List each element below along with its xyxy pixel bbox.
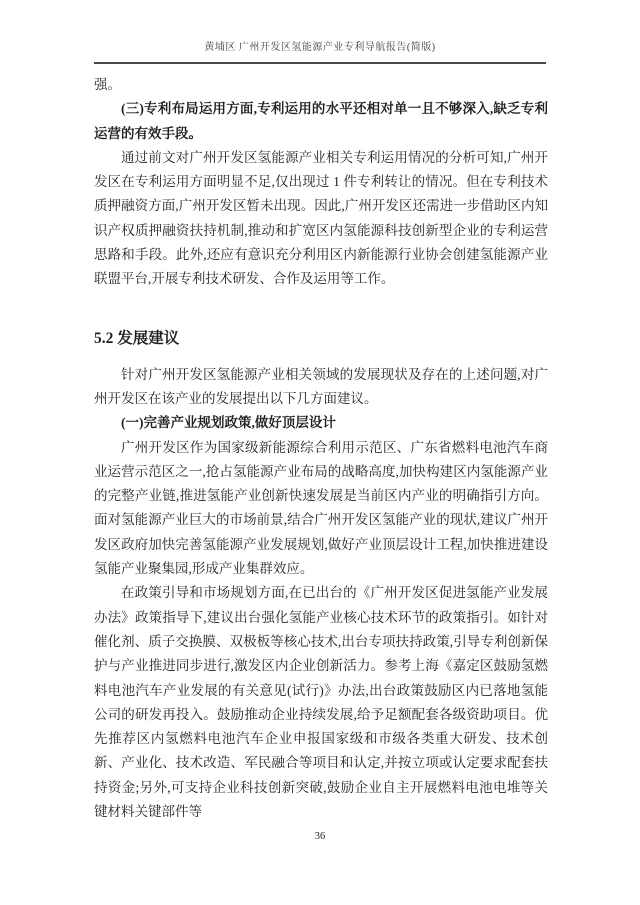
paragraph-intro: 针对广州开发区氢能源产业相关领域的发展现状及存在的上述问题,对广州开发区在该产业… [94,363,548,412]
report-page: 黄埔区 广州开发区氢能源产业专利导航报告(简版) 强。 (三)专利布局运用方面,… [0,0,640,905]
page-header-title: 黄埔区 广州开发区氢能源产业专利导航报告(简版) [0,38,640,53]
subheading-one: (一)完善产业规划政策,做好顶层设计 [94,411,548,435]
paragraph-planning: 广州开发区作为国家级新能源综合利用示范区、广东省燃料电池汽车商业运营示范区之一,… [94,436,548,582]
carryover-paragraph: 强。 [94,73,548,97]
document-body: 强。 (三)专利布局运用方面,专利运用的水平还相对单一且不够深入,缺乏专利运营的… [94,73,548,824]
paragraph-policy: 在政策引导和市场规划方面,在已出台的《广州开发区促进氢能产业发展办法》政策指导下… [94,581,548,824]
paragraph-patent-use: 通过前文对广州开发区氢能源产业相关专利运用情况的分析可知,广州开发区在专利运用方… [94,146,548,292]
section-heading-5-2: 5.2 发展建议 [94,326,548,352]
subheading-three: (三)专利布局运用方面,专利运用的水平还相对单一且不够深入,缺乏专利运营的有效手… [94,97,548,146]
page-number: 36 [0,831,640,842]
header-divider [94,62,546,64]
